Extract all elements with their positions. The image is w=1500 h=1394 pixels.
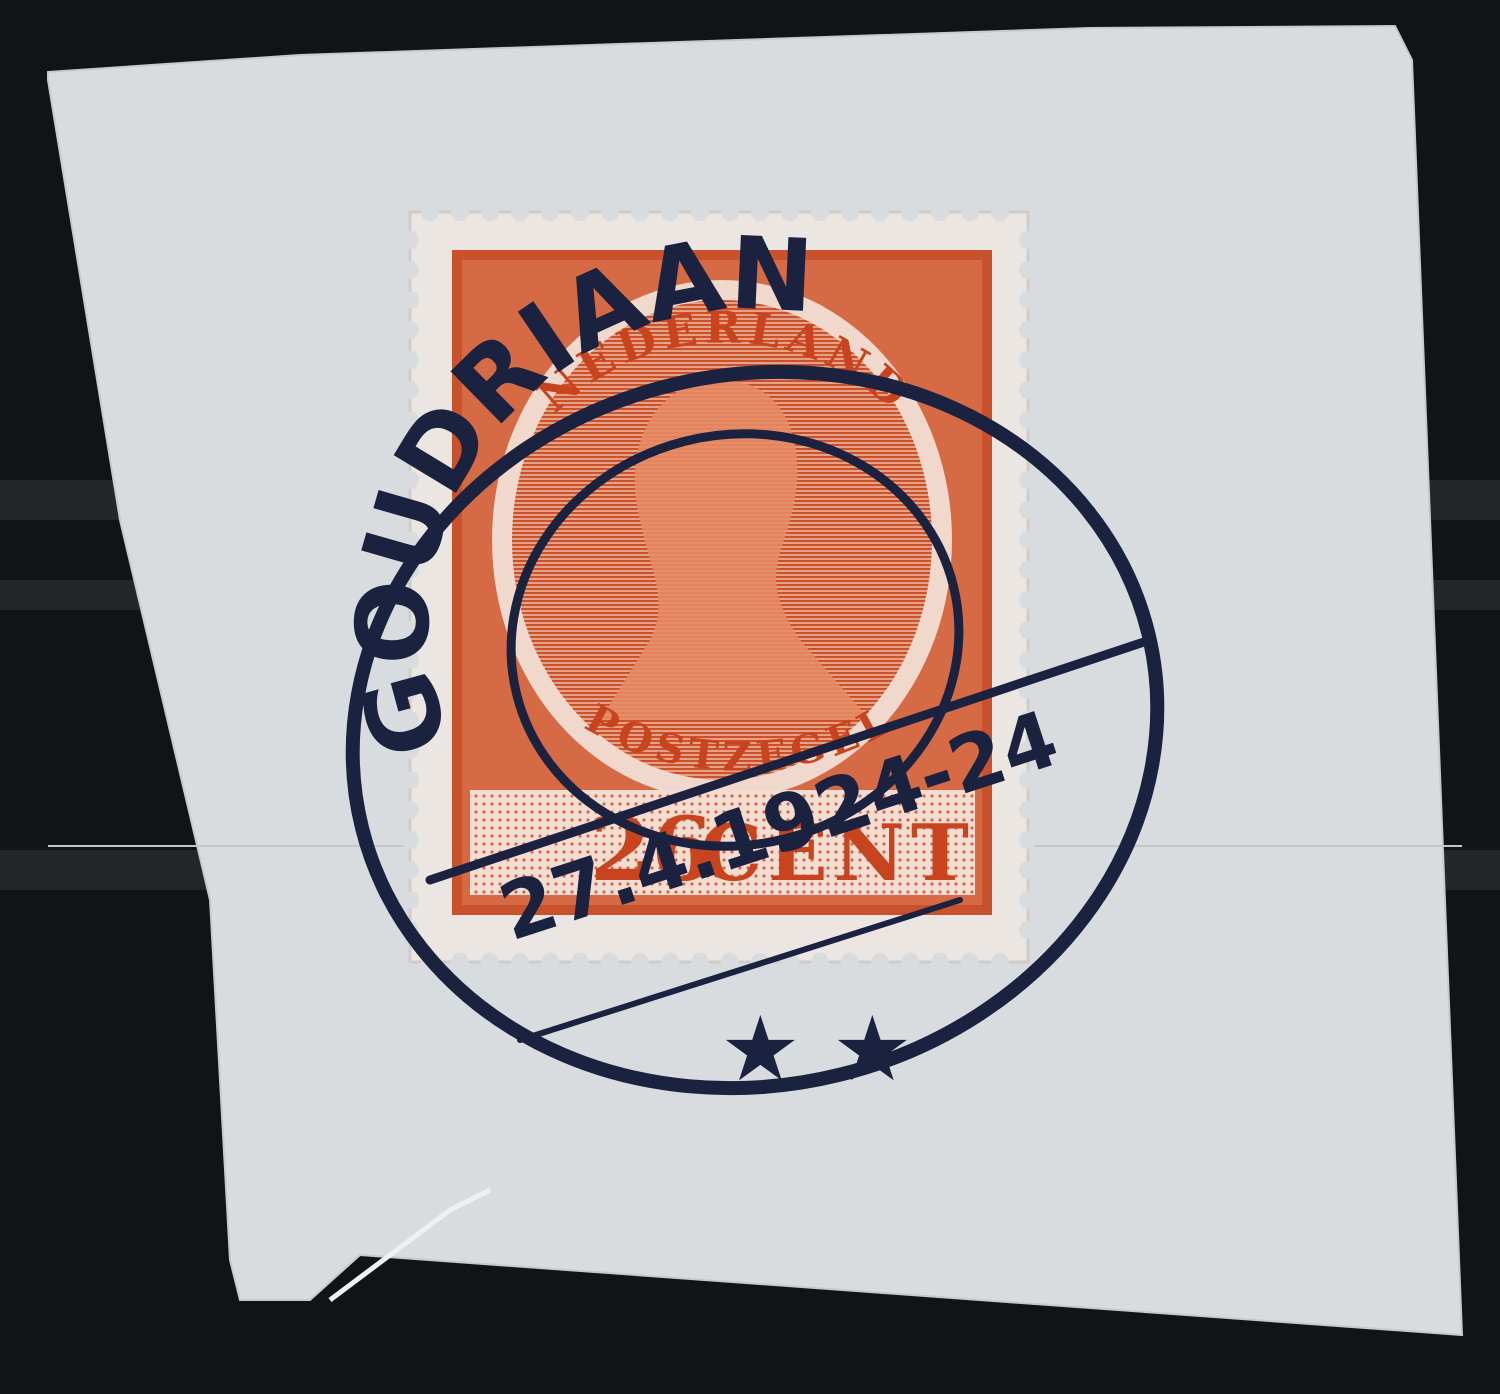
stamp-photo: NEDERLAND POSTZEGEL 26 CENT GOUDRIAAN 27… [0, 0, 1500, 1394]
postmark-stars: ★ ★ [720, 997, 913, 1102]
